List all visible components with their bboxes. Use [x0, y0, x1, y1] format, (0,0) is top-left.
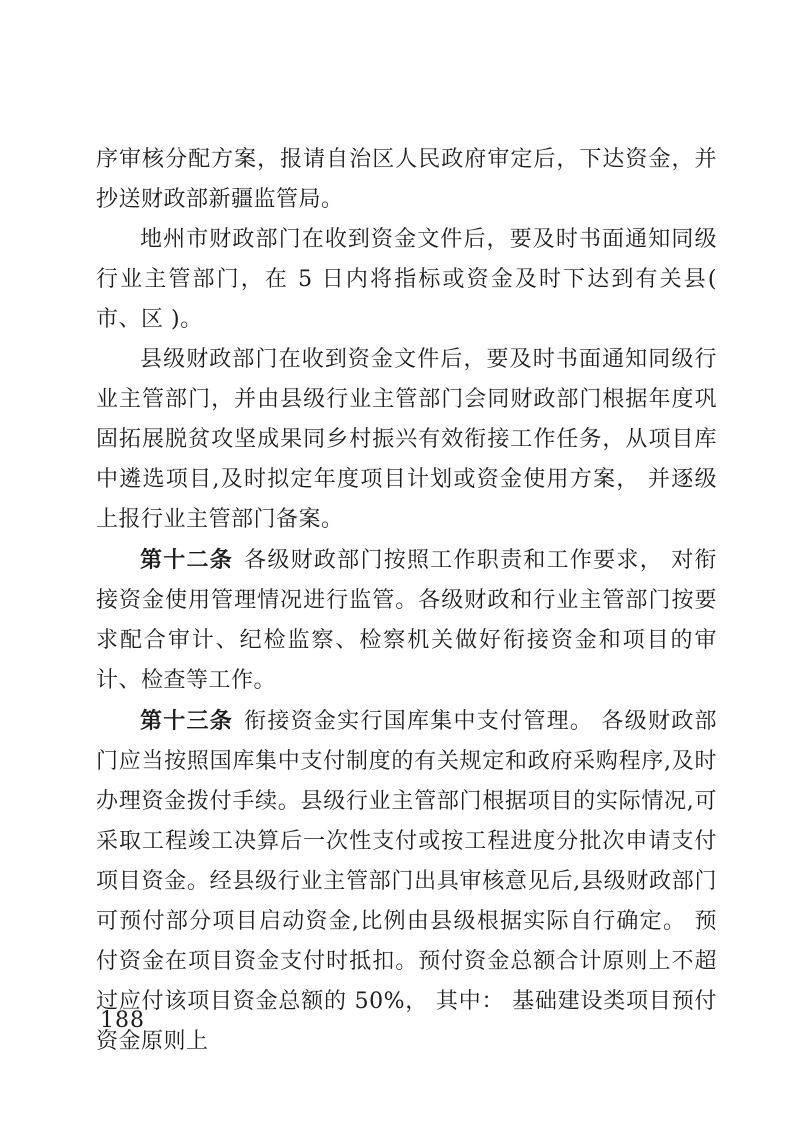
paragraph-text: 县级财政部门在收到资金文件后，要及时书面通知同级行业主管部门，并由县级行业主管部… [96, 347, 717, 532]
article-number: 第十二条 [140, 547, 233, 573]
paragraph-text: 地州市财政部门在收到资金文件后，要及时书面通知同级行业主管部门，在 5 日内将指… [96, 227, 717, 332]
paragraph: 第十三条衔接资金实行国库集中支付管理。 各级财政部门应当按照国库集中支付制度的有… [96, 701, 717, 1062]
article-number: 第十三条 [140, 708, 233, 734]
paragraph: 序审核分配方案，报请自治区人民政府审定后，下达资金，并抄送财政部新疆监管局。 [96, 140, 717, 220]
document-page: 序审核分配方案，报请自治区人民政府审定后，下达资金，并抄送财政部新疆监管局。 地… [0, 0, 793, 1122]
paragraph-text: 衔接资金实行国库集中支付管理。 各级财政部门应当按照国库集中支付制度的有关规定和… [96, 709, 717, 1054]
paragraph: 县级财政部门在收到资金文件后，要及时书面通知同级行业主管部门，并由县级行业主管部… [96, 340, 717, 540]
page-number: 188 [100, 1004, 145, 1038]
paragraph: 第十二条各级财政部门按照工作职责和工作要求， 对衔接资金使用管理情况进行监管。各… [96, 540, 717, 701]
paragraph-text: 序审核分配方案，报请自治区人民政府审定后，下达资金，并抄送财政部新疆监管局。 [96, 147, 717, 212]
page-body-text: 序审核分配方案，报请自治区人民政府审定后，下达资金，并抄送财政部新疆监管局。 地… [96, 140, 717, 1062]
paragraph: 地州市财政部门在收到资金文件后，要及时书面通知同级行业主管部门，在 5 日内将指… [96, 220, 717, 340]
